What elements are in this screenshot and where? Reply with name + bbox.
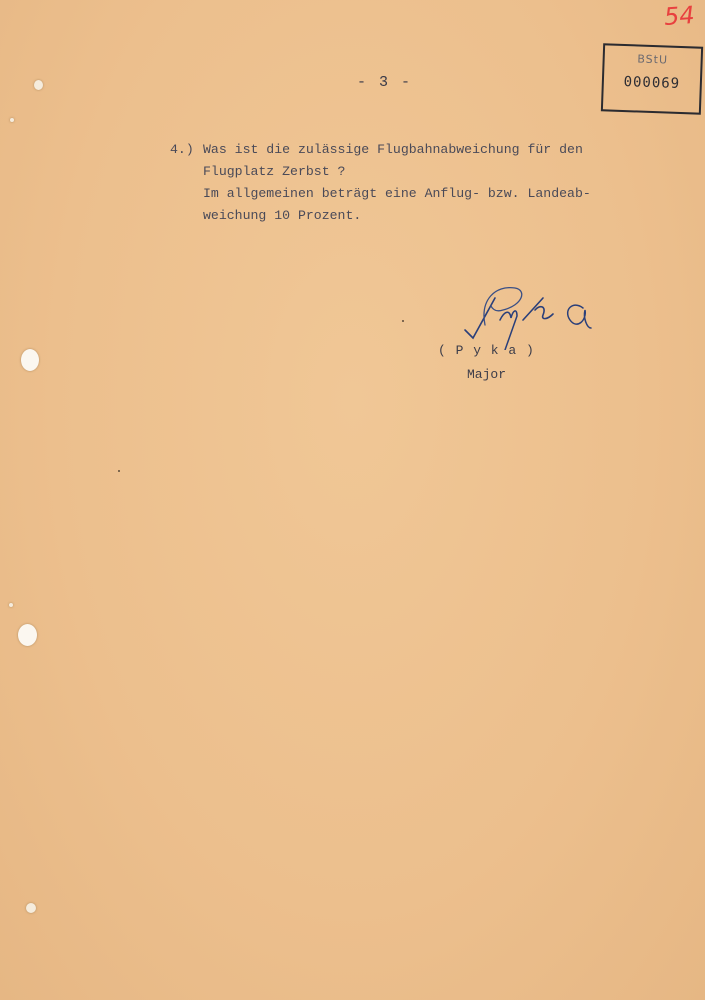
stamp-label: BStU	[604, 51, 700, 67]
answer-line-1: Im allgemeinen beträgt eine Anflug- bzw.…	[203, 183, 591, 205]
archive-handwritten-number: 54	[663, 1, 695, 31]
punch-hole	[26, 903, 36, 913]
question-block: 4.) Was ist die zulässige Flugbahnabweic…	[170, 139, 202, 293]
punch-hole	[9, 603, 13, 607]
paper-speck	[118, 470, 120, 472]
question-number: 4.)	[170, 139, 194, 161]
punch-hole	[10, 118, 14, 122]
punch-hole	[21, 349, 39, 371]
stamp-id: 000069	[604, 73, 700, 92]
page-number: - 3 -	[357, 74, 412, 91]
punch-hole	[18, 624, 37, 646]
paper-speck	[402, 320, 404, 322]
question-line-2: Flugplatz Zerbst ?	[203, 161, 345, 183]
signatory-name: ( P y k a )	[438, 343, 535, 358]
document-page: 54 BStU 000069 - 3 - 4.) Was ist die zul…	[0, 0, 705, 1000]
archive-stamp: BStU 000069	[601, 43, 703, 114]
question-line-1: Was ist die zulässige Flugbahnabweichung…	[203, 139, 583, 161]
answer-line-2: weichung 10 Prozent.	[203, 205, 361, 227]
signatory-rank: Major	[467, 367, 506, 382]
handwritten-signature	[455, 280, 605, 350]
punch-hole	[34, 80, 43, 90]
